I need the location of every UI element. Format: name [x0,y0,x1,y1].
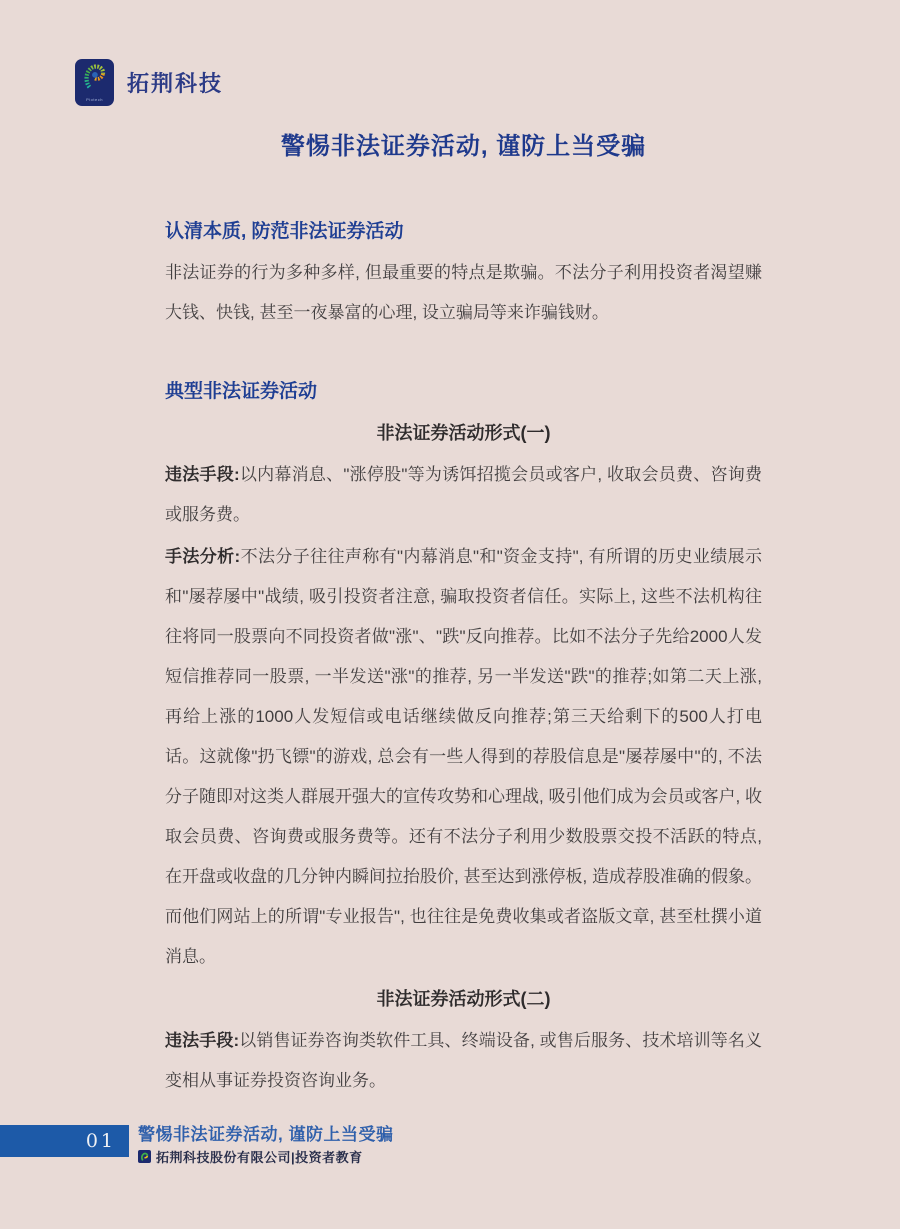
method-analysis-label: 手法分析: [165,547,240,566]
illegal-means-label-2: 违法手段: [165,1031,239,1050]
form-2-illegal-means: 违法手段:以销售证券咨询类软件工具、终端设备, 或售后服务、技术培训等名义变相从… [165,1021,762,1101]
illegal-means-text: 以内幕消息、"涨停股"等为诱饵招揽会员或客户, 收取会员费、咨询费或服务费。 [165,465,762,524]
main-content: 警惕非法证券活动, 谨防上当受骗 认清本质, 防范非法证券活动 非法证券的行为多… [165,0,762,1101]
footer-company-row: 拓荆科技股份有限公司|投资者教育 [138,1147,393,1166]
footer-logo-icon [138,1150,151,1163]
illegal-means-text-2: 以销售证券咨询类软件工具、终端设备, 或售后服务、技术培训等名义变相从事证券投资… [165,1031,762,1090]
section-heading-2: 典型非法证券活动 [165,379,762,405]
illegal-means-label: 违法手段: [165,465,240,484]
page-title: 警惕非法证券活动, 谨防上当受骗 [165,131,762,163]
section-heading-1: 认清本质, 防范非法证券活动 [165,219,762,245]
form-2-title: 非法证券活动形式(二) [165,979,762,1019]
form-1-illegal-means: 违法手段:以内幕消息、"涨停股"等为诱饵招揽会员或客户, 收取会员费、咨询费或服… [165,455,762,535]
form-1-title: 非法证券活动形式(一) [165,413,762,453]
piotech-swirl-icon [81,63,108,96]
form-1-method-analysis: 手法分析:不法分子往往声称有"内幕消息"和"资金支持", 有所谓的历史业绩展示和… [165,537,762,977]
method-analysis-text: 不法分子往往声称有"内幕消息"和"资金支持", 有所谓的历史业绩展示和"屡荐屡中… [165,547,762,966]
logo-subtext: Piotech [86,97,103,102]
footer-title: 警惕非法证券活动, 谨防上当受骗 [138,1124,393,1145]
section-1-paragraph: 非法证券的行为多种多样, 但最重要的特点是欺骗。不法分子利用投资者渴望赚大钱、快… [165,253,762,333]
page-number: 01 [86,1130,116,1152]
company-logo: Piotech [75,59,114,106]
footer-info: 警惕非法证券活动, 谨防上当受骗 拓荆科技股份有限公司|投资者教育 [138,1124,393,1166]
footer-page-number-bar: 01 [0,1125,129,1157]
footer-company-text: 拓荆科技股份有限公司|投资者教育 [156,1147,363,1166]
document-page: Piotech 拓荆科技 警惕非法证券活动, 谨防上当受骗 认清本质, 防范非法… [0,0,900,1229]
